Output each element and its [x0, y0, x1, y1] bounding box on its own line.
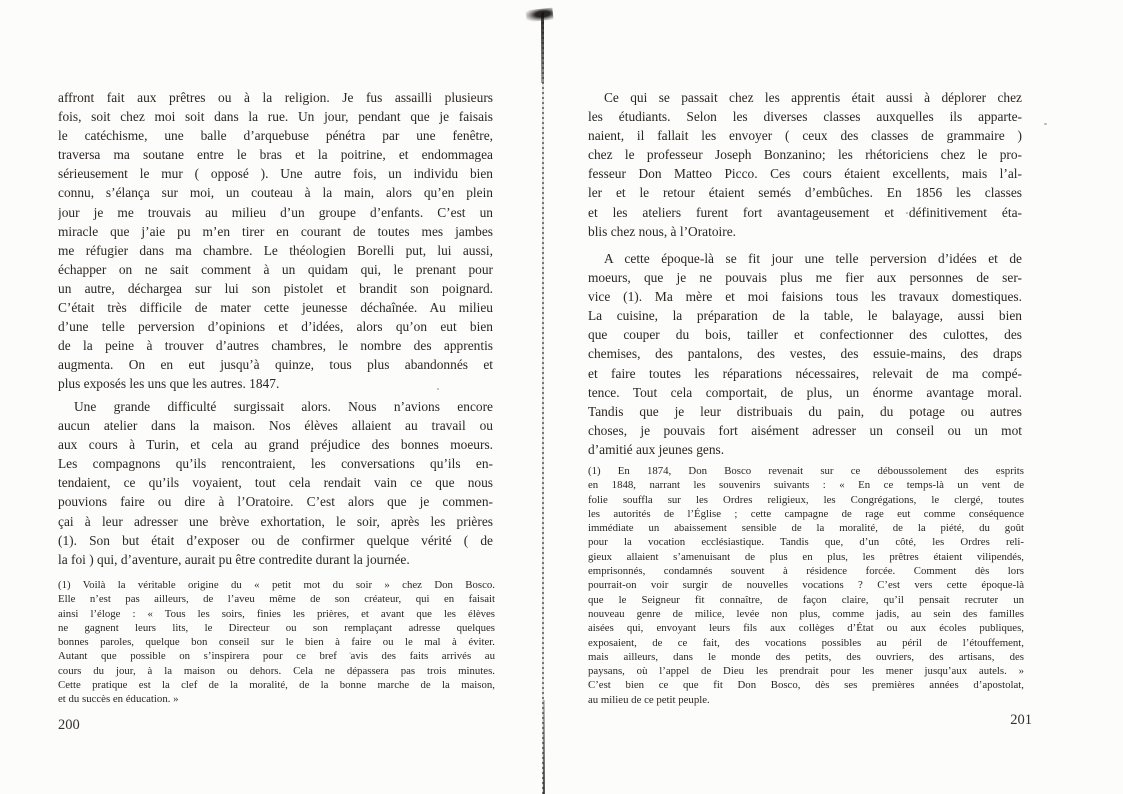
text-line: ainsi l’éloge : « Tous les soirs, finies… [58, 607, 495, 621]
text-line: sérieusement le mur ( opposé ). Une autr… [58, 164, 493, 183]
text-line: les autorités de l’Église ; cette campag… [588, 507, 1024, 521]
right-page: Ce qui se passait chez les apprentis éta… [543, 0, 1123, 794]
book-spine-fold-top [541, 13, 544, 83]
text-line: Tandis que je leur distribuais du pain, … [588, 402, 1022, 421]
text-line: aucun atelier dans la maison. Nos élèves… [58, 416, 493, 435]
text-line: tendaient, ce qu’ils voyaient, tout cela… [58, 473, 493, 492]
text-line: Elle n’est pas ailleurs, de l’aveu même … [58, 592, 495, 606]
text-line: çai à leur adresser une brève exhortatio… [58, 512, 493, 531]
text-line: que le Seigneur fit connaître, de façon … [588, 593, 1024, 607]
text-line: (1) Voilà la véritable origine du « peti… [58, 578, 495, 592]
text-line: A cette époque-là se fit jour une telle … [588, 249, 1022, 268]
text-line: naient, il fallait les envoyer ( ceux de… [588, 126, 1022, 145]
text-line: tence. Tout cela comportait, de plus, un… [588, 383, 1022, 402]
text-line: ler et le retour étaient semés d’embûche… [588, 183, 1022, 202]
text-line: de la peine à trouver d’autres chambres,… [58, 336, 493, 355]
text-line: nouveau genre de milice, levée non plus,… [588, 607, 1024, 621]
text-line: Une grande difficulté surgissait alors. … [58, 397, 493, 416]
text-line: Les compagnons qu’ils rencontraient, les… [58, 454, 493, 473]
text-line: affront fait aux prêtres ou à la religio… [58, 88, 493, 107]
text-line: et du succès en éducation. » [58, 692, 495, 706]
scan-speck [437, 388, 439, 390]
scan-speck [1044, 123, 1047, 125]
text-line: immédiate un abaissement sensible de la … [588, 521, 1024, 535]
text-line: Autant que possible on s’inspirera pour … [58, 649, 495, 663]
text-line: connu, s’élança sur moi, un couteau à la… [58, 183, 493, 202]
text-line: en 1848, narrant les souvenirs suivants … [588, 478, 1024, 492]
text-line: emprisonnés, condamnés souvent à résiden… [588, 564, 1024, 578]
text-line: au milieu de ce petit peuple. [588, 693, 1024, 707]
text-line: fois, soit chez moi soit dans la rue. Un… [58, 107, 493, 126]
left-page-paragraph-2: Une grande difficulté surgissait alors. … [58, 397, 493, 569]
text-line: La cuisine, la préparation de la table, … [588, 306, 1022, 325]
right-page-paragraph-2: A cette époque-là se fit jour une telle … [588, 249, 1022, 459]
text-line: et faire toutes les réparations nécessai… [588, 364, 1022, 383]
text-line: C’est bien ce que fit Don Bosco, dès ses… [588, 678, 1024, 692]
text-line: exposaient, de ce fait, des vocations po… [588, 636, 1024, 650]
text-line: mais ailleurs, dans le monde des petits,… [588, 650, 1024, 664]
text-line: pourrait-on voir surgir de nouvelles voc… [588, 578, 1024, 592]
text-line: miracle que j’aie pu m’en tirer en coura… [58, 222, 493, 241]
book-spine-fold-bottom [543, 700, 545, 794]
page-number-left: 200 [58, 717, 80, 734]
right-page-paragraph-1: Ce qui se passait chez les apprentis éta… [588, 88, 1022, 241]
text-line: Cette pratique est la clef de la moralit… [58, 678, 495, 692]
text-line: chemises, des pantalons, des vestes, des… [588, 344, 1022, 363]
text-line: Ce qui se passait chez les apprentis éta… [588, 88, 1022, 107]
left-page: affront fait aux prêtres ou à la religio… [0, 0, 543, 794]
text-line: d’amitié aux jeunes gens. [588, 440, 1022, 459]
text-line: les étudiants. Selon les diverses classe… [588, 107, 1022, 126]
text-line: plus exposés les uns que les autres. 184… [58, 374, 493, 393]
text-line: fesseur Don Matteo Picco. Ces cours étai… [588, 164, 1022, 183]
text-line: et les ateliers furent fort avantageusem… [588, 203, 1022, 222]
scan-speck [349, 652, 351, 654]
text-line: bonnes paroles, quelque bon conseil sur … [58, 635, 495, 649]
text-line: me réfugier dans ma chambre. Le théologi… [58, 241, 493, 260]
book-spine-fold-line [542, 12, 544, 794]
text-line: traversa ma soutane entre le bras et la … [58, 145, 493, 164]
text-line: que couper du bois, tailler et confectio… [588, 325, 1022, 344]
text-line: cours du jour, à la maison ou dehors. Ce… [58, 664, 495, 678]
text-line: vice (1). Ma mère et moi faisions tous l… [588, 287, 1022, 306]
text-line: pour la vocation ecclésiastique. Tandis … [588, 535, 1024, 549]
text-line: C’était très difficile de mater cette je… [58, 298, 493, 317]
text-line: (1). Son but était d’exposer ou de confi… [58, 531, 493, 550]
text-line: chez le professeur Joseph Bonzanino; les… [588, 145, 1022, 164]
text-line: le catéchisme, une balle d’arquebuse pén… [58, 126, 493, 145]
text-line: d’une telle perversion d’opinions et d’i… [58, 317, 493, 336]
text-line: aisées qui, envoyant leurs fils aux coll… [588, 621, 1024, 635]
text-line: paysans, où l’appel de Dieu les prendrai… [588, 664, 1024, 678]
text-line: folie souffla sur les Ordres religieux, … [588, 493, 1024, 507]
text-line: (1) En 1874, Don Bosco revenait sur ce d… [588, 464, 1024, 478]
text-line: blis chez nous, à l’Oratoire. [588, 222, 1022, 241]
text-line: gieux allaient s’amenuisant de plus en p… [588, 550, 1024, 564]
text-line: ne gagnent leurs lits, le Directeur ou s… [58, 621, 495, 635]
page-number-right: 201 [588, 712, 1032, 729]
text-line: un autre, déchargea sur lui son pistolet… [58, 279, 493, 298]
text-line: augmenta. On en eut jusqu’à quinze, tous… [58, 355, 493, 374]
text-line: pouvions faire ou dire à l’Oratoire. C’e… [58, 492, 493, 511]
right-page-footnote: (1) En 1874, Don Bosco revenait sur ce d… [588, 464, 1024, 707]
text-line: échapper on ne sait comment à un quidam … [58, 260, 493, 279]
text-line: jour je me trouvais au milieu d’un group… [58, 203, 493, 222]
scan-speck [906, 212, 908, 214]
text-line: la foi ) qui, d’aventure, aurait pu être… [58, 550, 493, 569]
text-line: moeurs, que je ne pouvais plus me fier a… [588, 268, 1022, 287]
left-page-paragraph-1: affront fait aux prêtres ou à la religio… [58, 88, 493, 394]
left-page-footnote: (1) Voilà la véritable origine du « peti… [58, 578, 495, 707]
text-line: choses, je pouvais fort aisément adresse… [588, 421, 1022, 440]
text-line: aux cours à Turin, et cela au grand préj… [58, 435, 493, 454]
